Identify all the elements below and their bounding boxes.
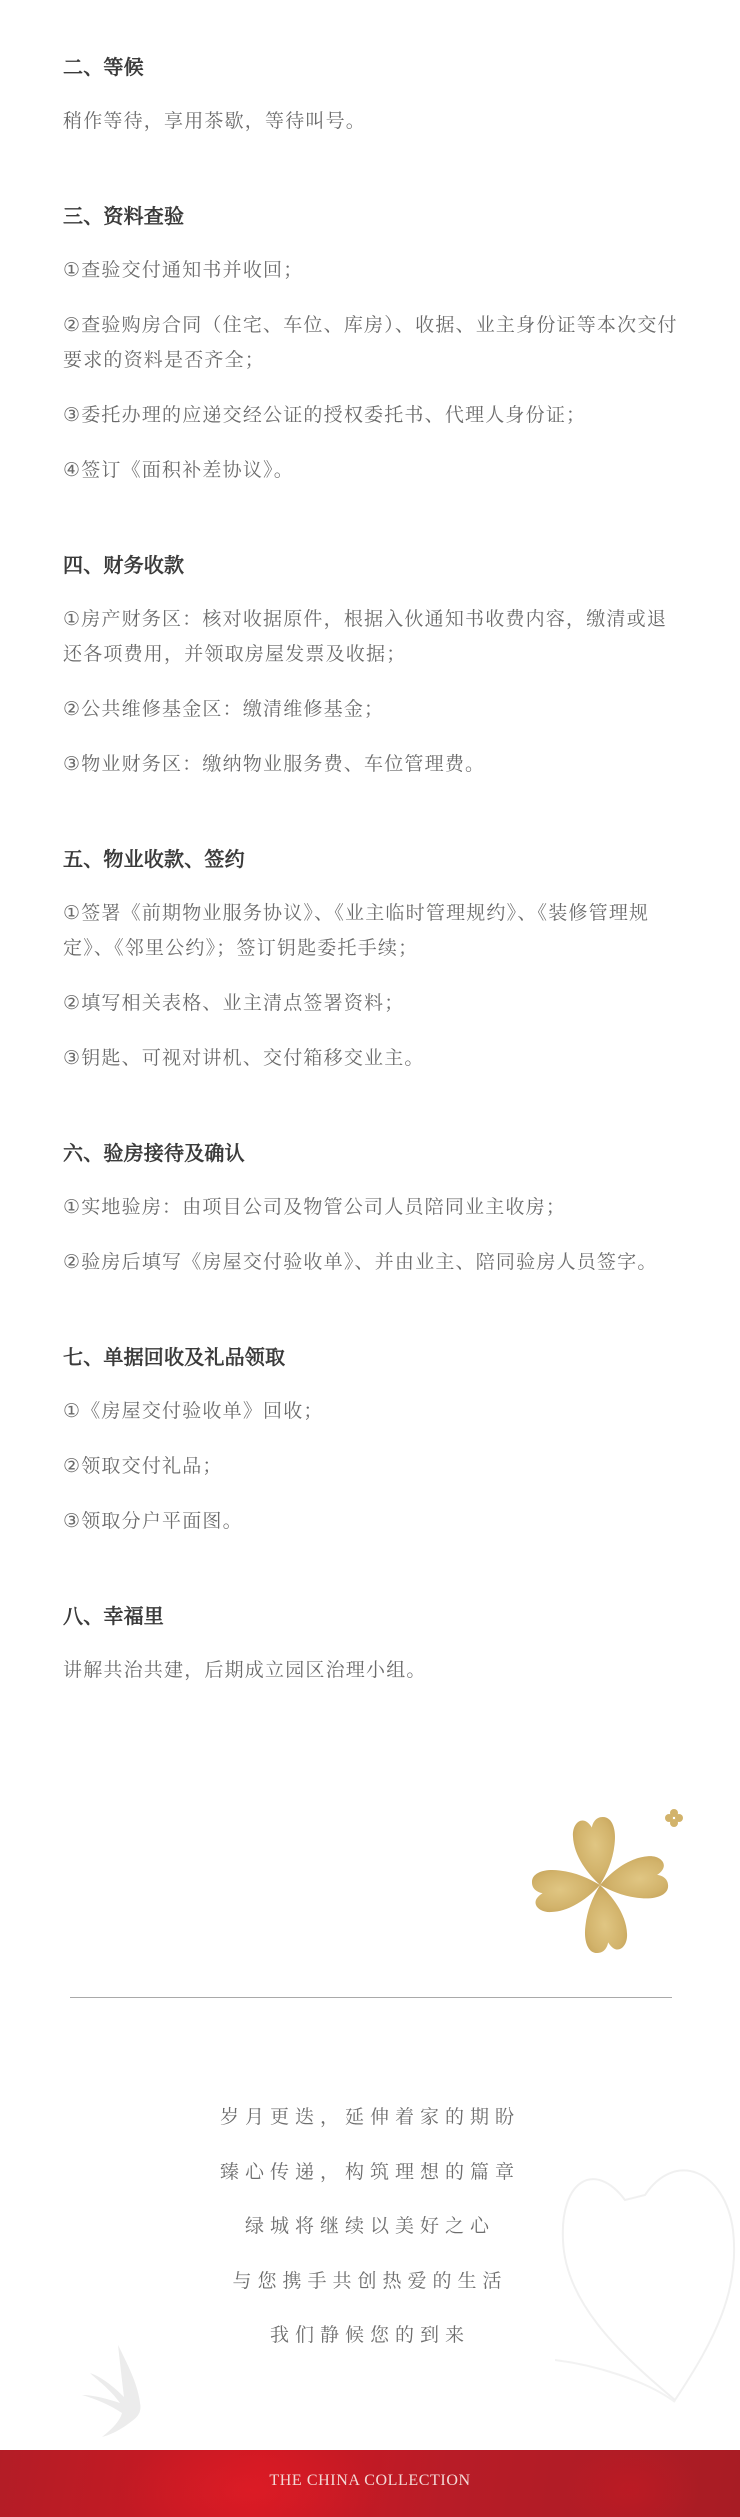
poem-line: 绿城将继续以美好之心 bbox=[0, 2211, 740, 2266]
section-finance-payment: 四、财务收款 ①房产财务区：核对收据原件，根据入伙通知书收费内容，缴清或退还各项… bbox=[63, 550, 679, 782]
section-item: ③钥匙、可视对讲机、交付箱移交业主。 bbox=[63, 1041, 679, 1076]
section-item: ②验房后填写《房屋交付验收单》、并由业主、陪同验房人员签字。 bbox=[63, 1245, 679, 1280]
small-clover-icon bbox=[665, 1809, 683, 1827]
section-happiness: 八、幸福里 讲解共治共建，后期成立园区治理小组。 bbox=[63, 1601, 679, 1688]
section-item: ②填写相关表格、业主清点签署资料； bbox=[63, 986, 679, 1021]
section-divider bbox=[70, 1997, 672, 1998]
section-item: ③领取分户平面图。 bbox=[63, 1504, 679, 1539]
poem-line: 臻心传递，构筑理想的篇章 bbox=[0, 2157, 740, 2212]
section-waiting: 二、等候 稍作等待，享用茶歇，等待叫号。 bbox=[63, 52, 679, 139]
page: 二、等候 稍作等待，享用茶歇，等待叫号。 三、资料查验 ①查验交付通知书并收回；… bbox=[0, 0, 740, 2517]
section-title: 六、验房接待及确认 bbox=[63, 1138, 679, 1168]
swallow-icon bbox=[80, 2345, 160, 2440]
footer-brand: THE CHINA COLLECTION bbox=[0, 2472, 740, 2490]
section-title: 三、资料查验 bbox=[63, 201, 679, 231]
section-property-signing: 五、物业收款、签约 ①签署《前期物业服务协议》、《业主临时管理规约》、《装修管理… bbox=[63, 844, 679, 1076]
section-item: 稍作等待，享用茶歇，等待叫号。 bbox=[63, 104, 679, 139]
section-title: 五、物业收款、签约 bbox=[63, 844, 679, 874]
section-house-inspection: 六、验房接待及确认 ①实地验房：由项目公司及物管公司人员陪同业主收房； ②验房后… bbox=[63, 1138, 679, 1280]
section-title: 四、财务收款 bbox=[63, 550, 679, 580]
section-item: ①实地验房：由项目公司及物管公司人员陪同业主收房； bbox=[63, 1190, 679, 1225]
section-title: 八、幸福里 bbox=[63, 1601, 679, 1631]
section-item: ②查验购房合同（住宅、车位、库房）、收据、业主身份证等本次交付要求的资料是否齐全… bbox=[63, 308, 679, 378]
section-item: 讲解共治共建，后期成立园区治理小组。 bbox=[63, 1653, 679, 1688]
section-item: ①房产财务区：核对收据原件，根据入伙通知书收费内容，缴清或退还各项费用，并领取房… bbox=[63, 602, 679, 672]
section-title: 七、单据回收及礼品领取 bbox=[63, 1342, 679, 1372]
section-title: 二、等候 bbox=[63, 52, 679, 82]
section-item: ③委托办理的应递交经公证的授权委托书、代理人身份证； bbox=[63, 398, 679, 433]
footer-banner: THE CHINA COLLECTION bbox=[0, 2450, 740, 2517]
section-receipt-gift: 七、单据回收及礼品领取 ①《房屋交付验收单》回收； ②领取交付礼品； ③领取分户… bbox=[63, 1342, 679, 1539]
section-item: ③物业财务区：缴纳物业服务费、车位管理费。 bbox=[63, 747, 679, 782]
section-item: ②领取交付礼品； bbox=[63, 1449, 679, 1484]
section-document-check: 三、资料查验 ①查验交付通知书并收回； ②查验购房合同（住宅、车位、库房）、收据… bbox=[63, 201, 679, 488]
section-item: ①《房屋交付验收单》回收； bbox=[63, 1394, 679, 1429]
section-item: ②公共维修基金区：缴清维修基金； bbox=[63, 692, 679, 727]
poem-line: 岁月更迭，延伸着家的期盼 bbox=[0, 2102, 740, 2157]
closing-poem: 岁月更迭，延伸着家的期盼 臻心传递，构筑理想的篇章 绿城将继续以美好之心 与您携… bbox=[0, 2102, 740, 2375]
gold-clover-icon bbox=[520, 1800, 710, 1970]
poem-line: 与您携手共创热爱的生活 bbox=[0, 2266, 740, 2321]
section-item: ④签订《面积补差协议》。 bbox=[63, 453, 679, 488]
delivery-process-content: 二、等候 稍作等待，享用茶歇，等待叫号。 三、资料查验 ①查验交付通知书并收回；… bbox=[63, 52, 679, 1750]
section-item: ①签署《前期物业服务协议》、《业主临时管理规约》、《装修管理规定》、《邻里公约》… bbox=[63, 896, 679, 966]
section-item: ①查验交付通知书并收回； bbox=[63, 253, 679, 288]
